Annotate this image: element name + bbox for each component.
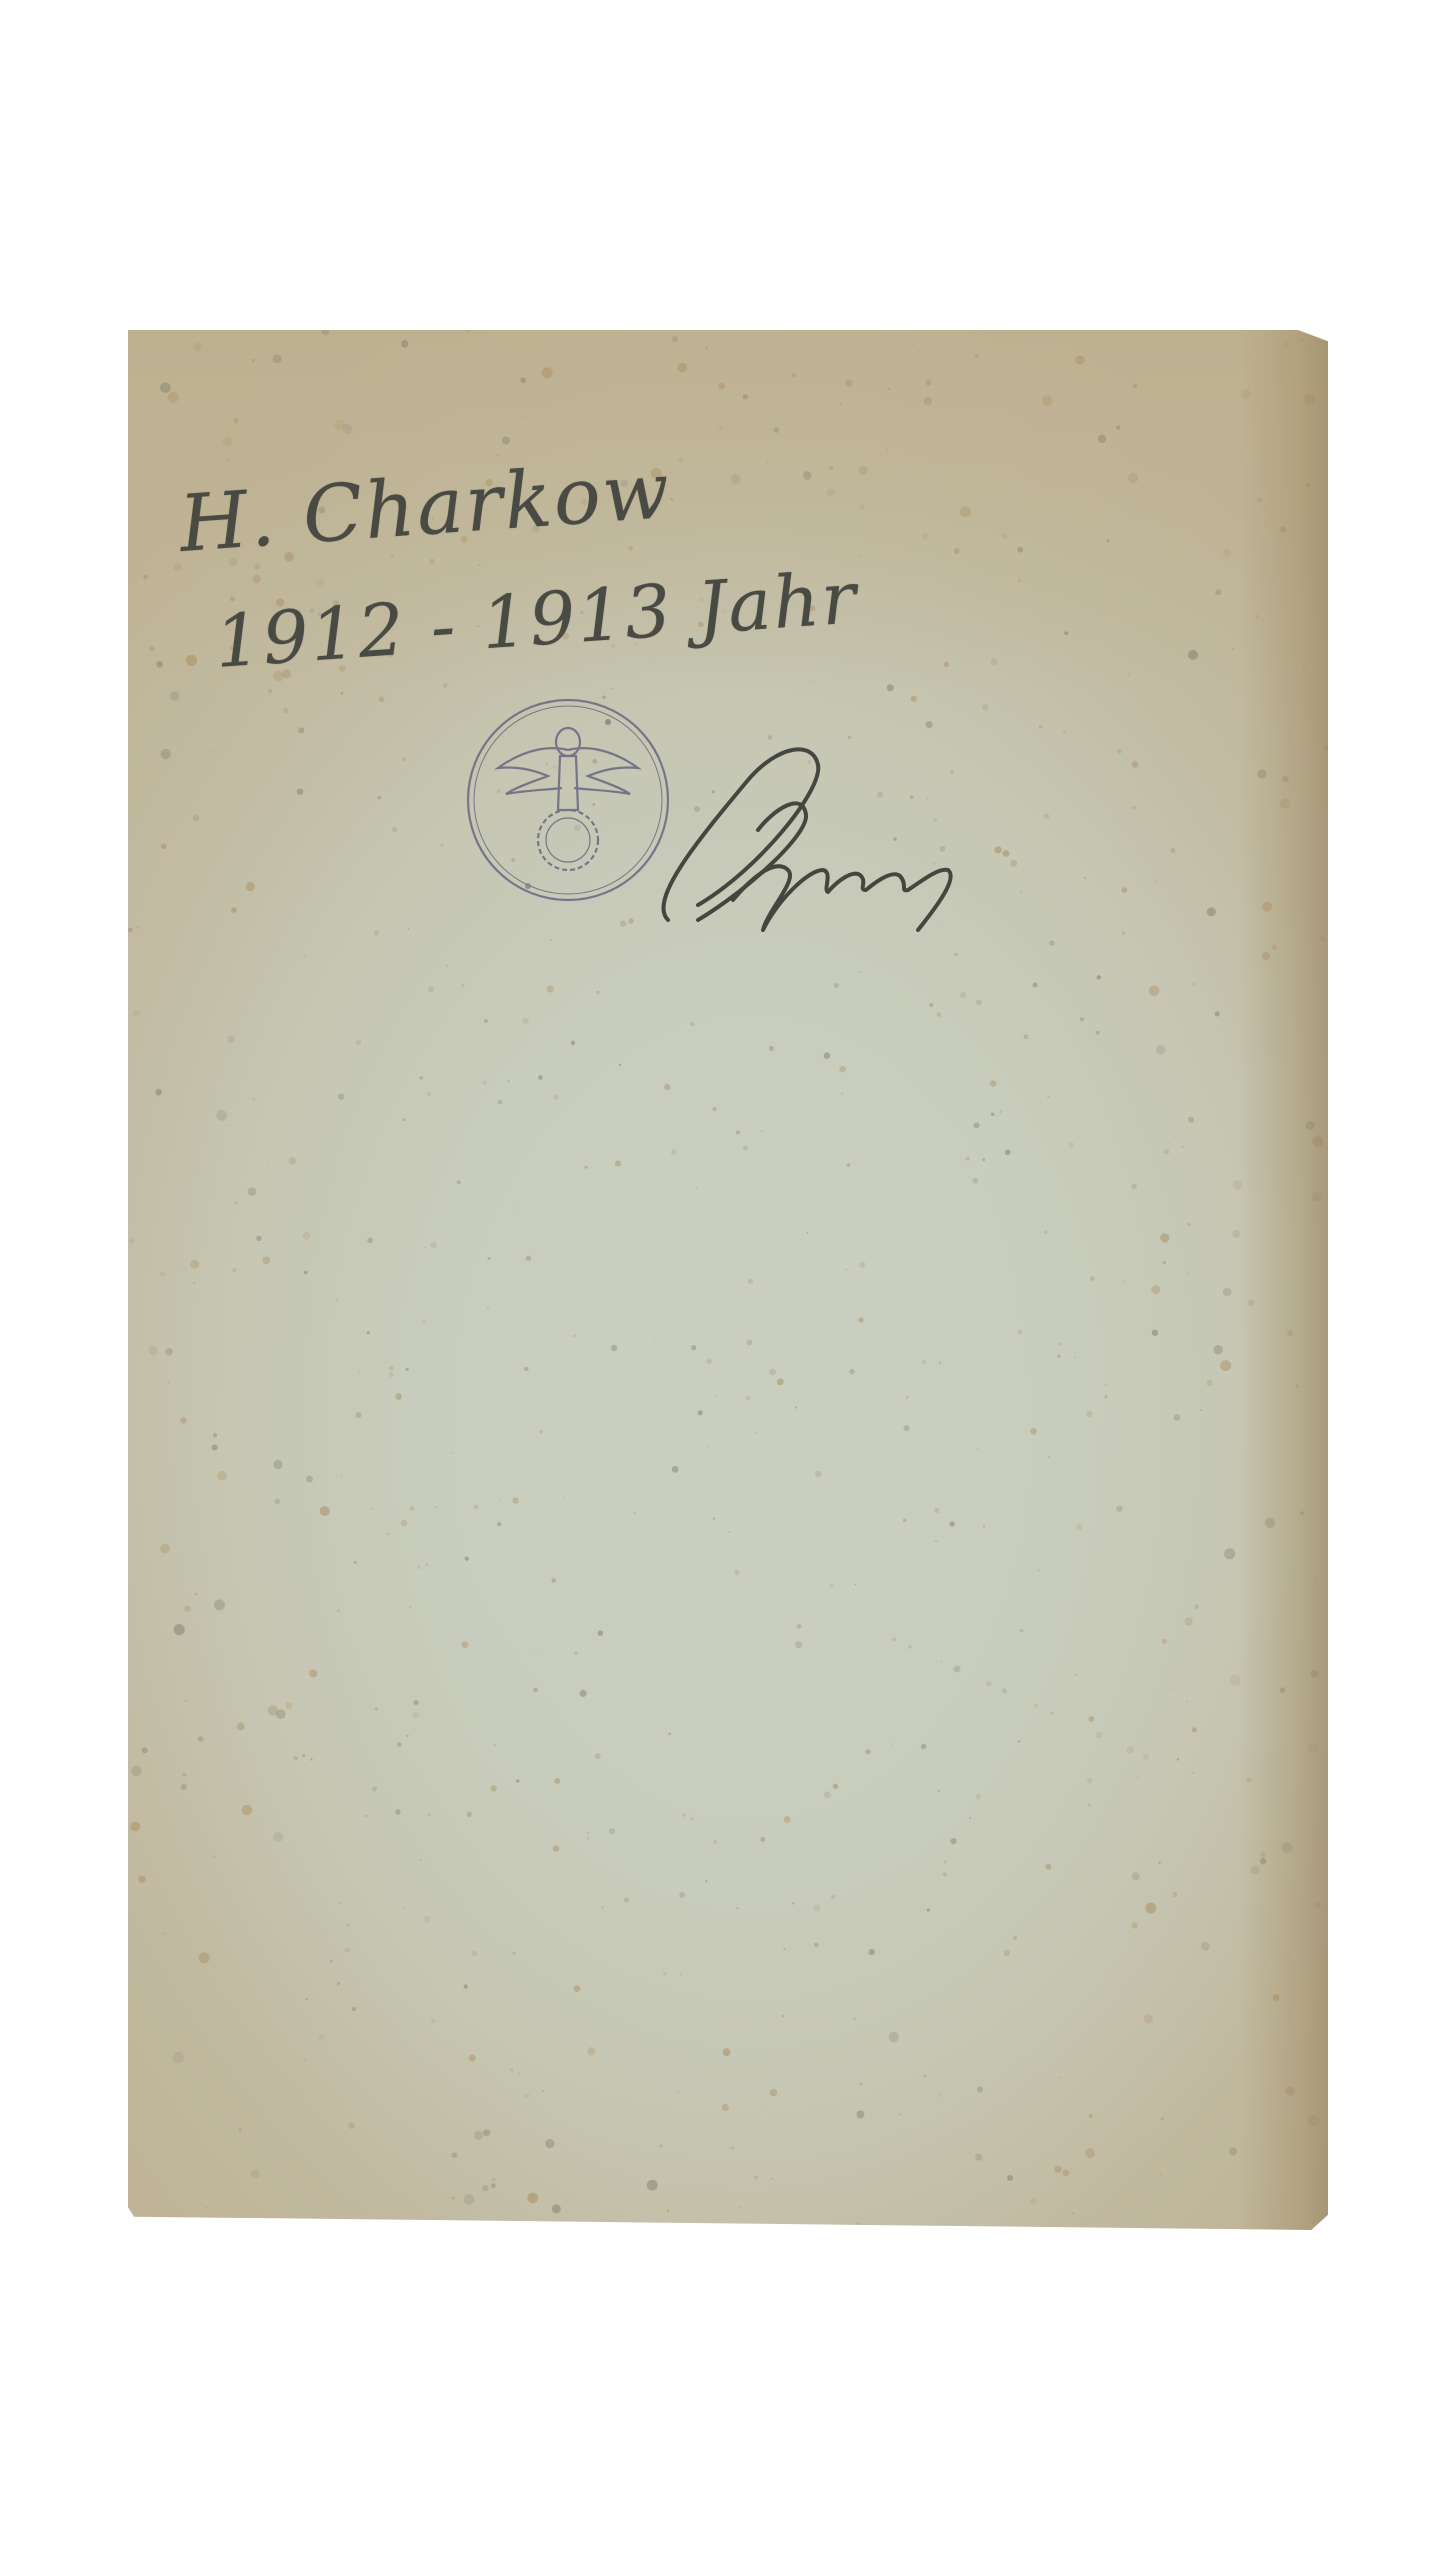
handwritten-place: H. Charkow [177,446,674,570]
signature-mark [638,720,1058,940]
stamp-legend: illegible [128,330,129,331]
document-page: H. Charkow 1912 - 1913 Jahr illegible [128,330,1328,2230]
handwritten-years: 1912 - 1913 Jahr [212,555,860,684]
